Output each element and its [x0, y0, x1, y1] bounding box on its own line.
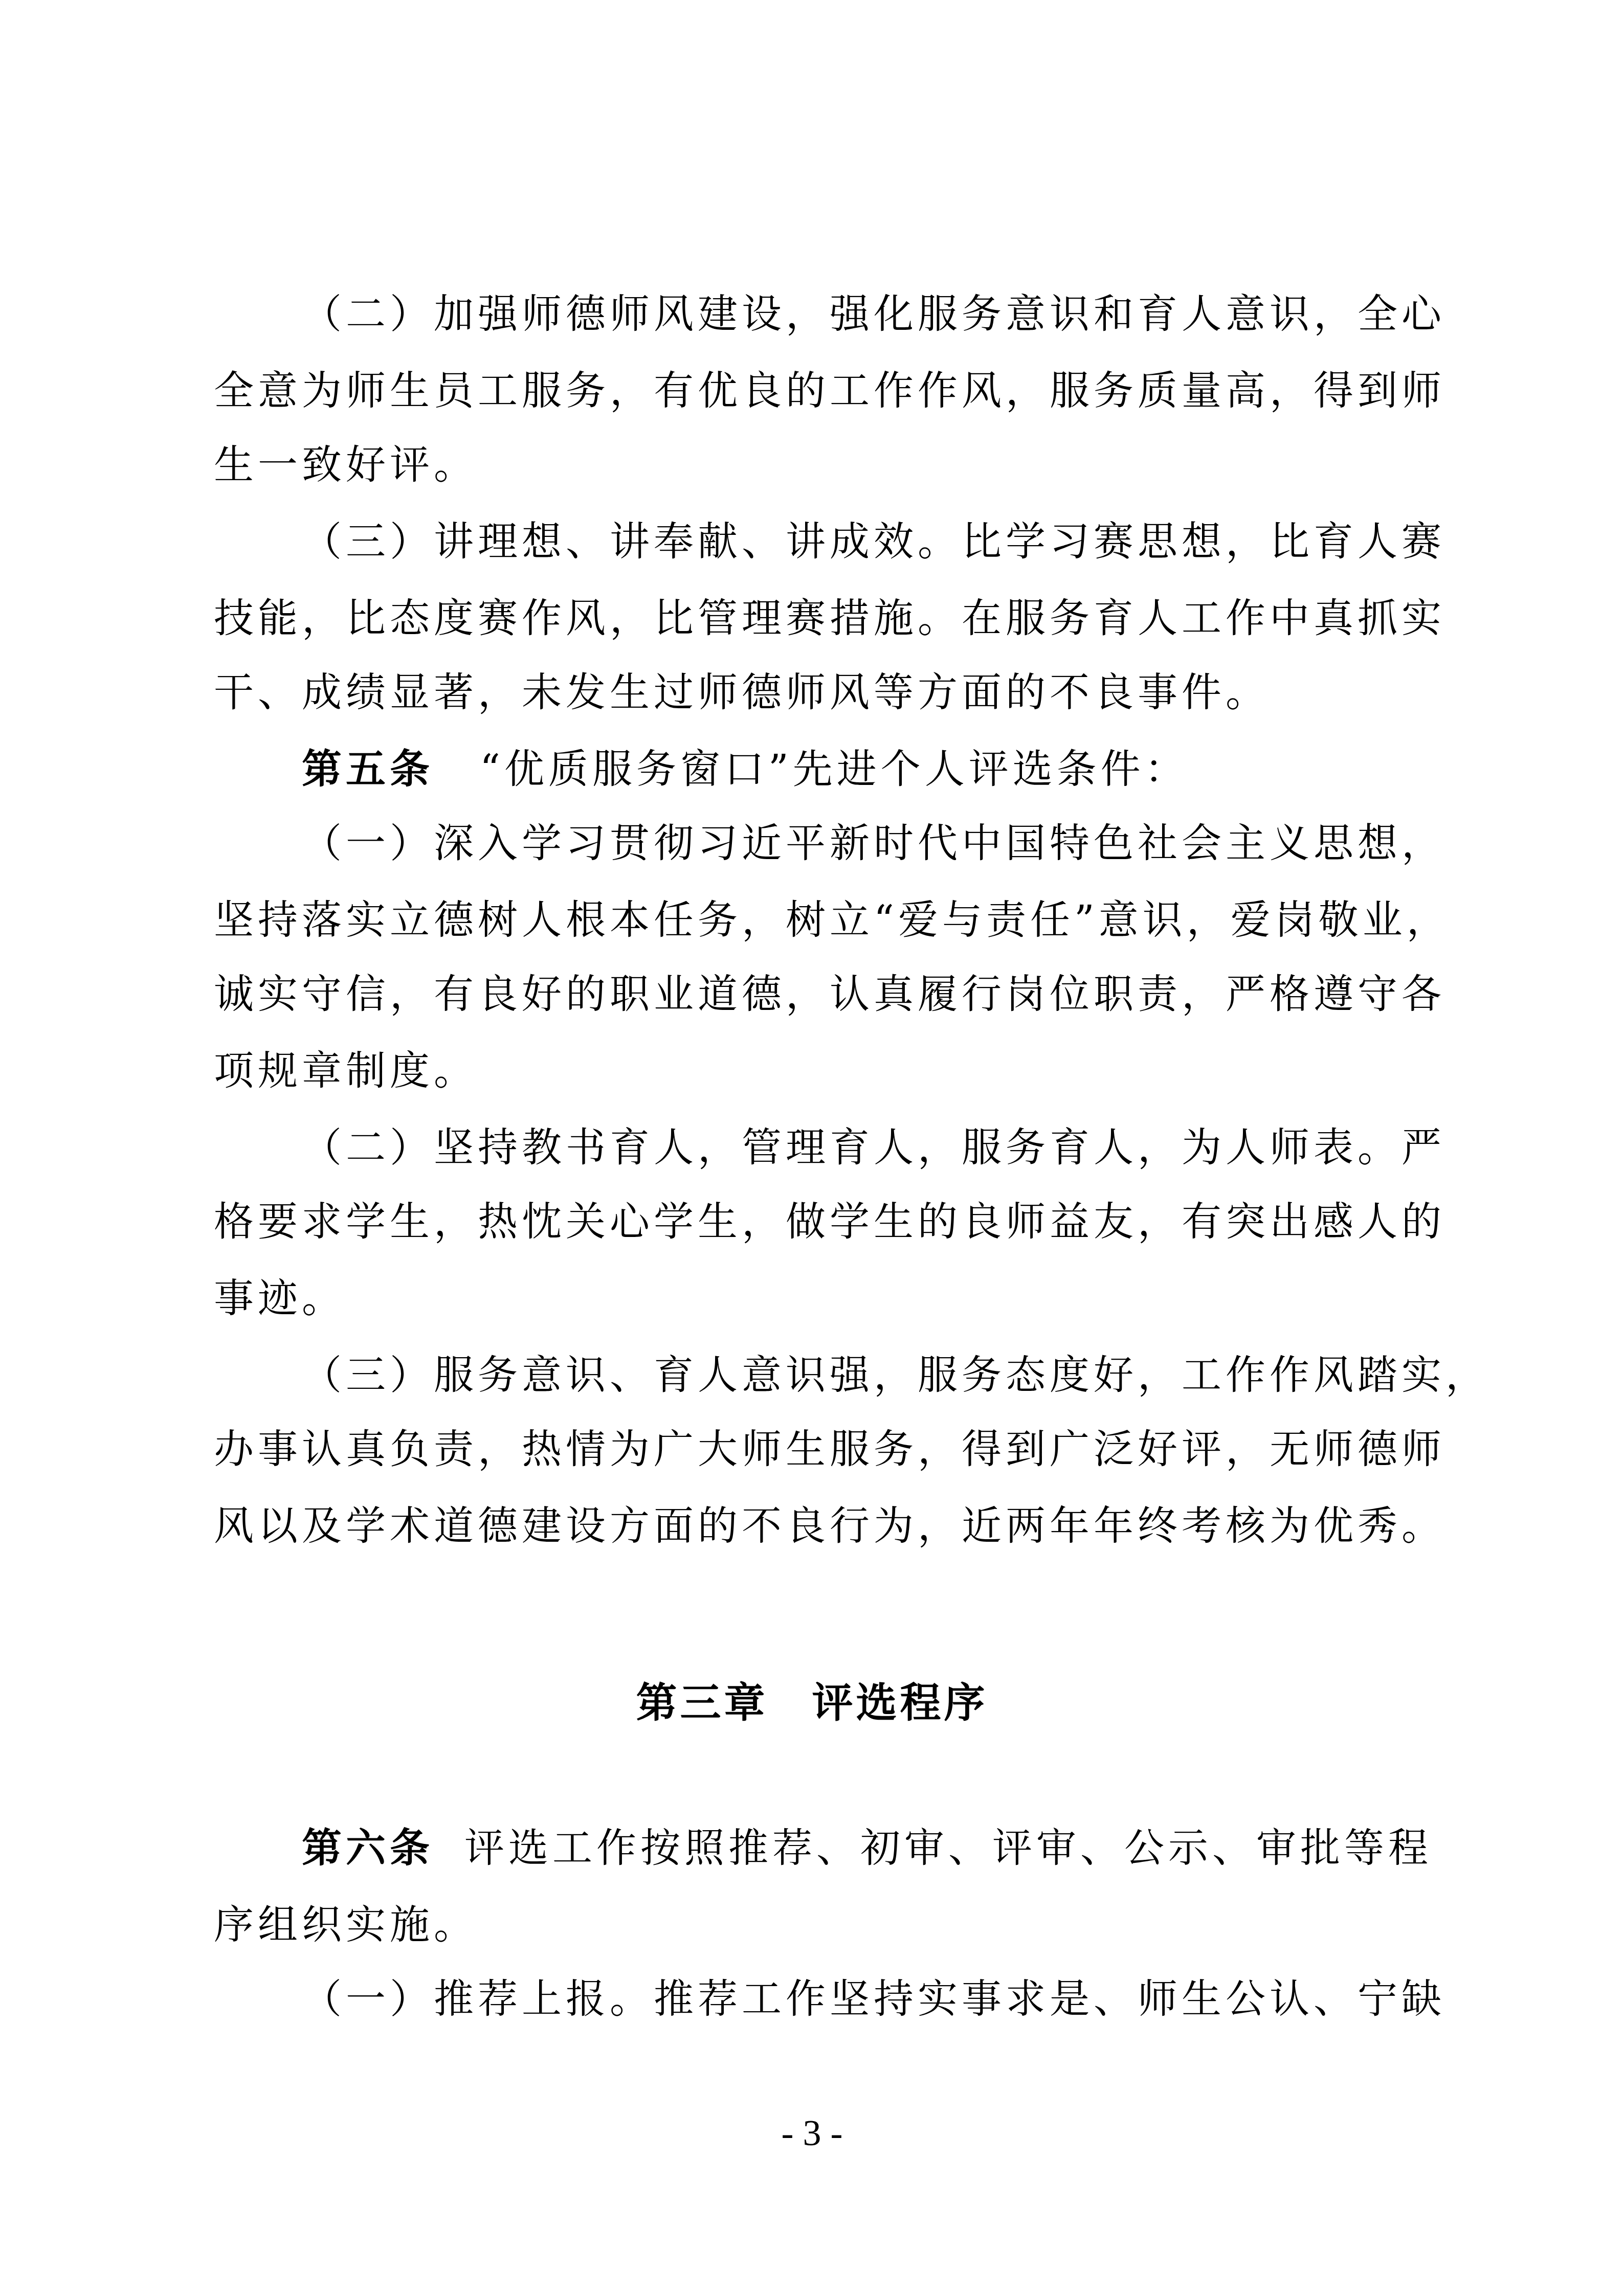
article-6-line: 第六条评选工作按照推荐、初审、评审、公示、审批等程	[302, 1823, 1504, 1874]
text-line: 项规章制度。	[214, 1046, 1416, 1097]
article-label: 第六条	[302, 1826, 434, 1872]
text-line: （一）深入学习贯彻习近平新时代中国特色社会主义思想，	[302, 818, 1504, 869]
text-line: 办事认真负责，热情为广大师生服务，得到广泛好评，无师德师	[214, 1424, 1416, 1475]
text-line: （一）推荐上报。推荐工作坚持实事求是、师生公认、宁缺	[302, 1974, 1504, 2025]
text-line: （三）讲理想、讲奉献、讲成效。比学习赛思想，比育人赛	[302, 516, 1504, 568]
article-text: “优质服务窗口”先进个人评选条件：	[480, 747, 1189, 793]
text-line: （二）坚持教书育人，管理育人，服务育人，为人师表。严	[302, 1122, 1504, 1174]
text-line: 生一致好评。	[214, 440, 1416, 491]
text-line: 事迹。	[214, 1273, 1416, 1324]
text-line: 全意为师生员工服务，有优良的工作作风，服务质量高，得到师	[214, 366, 1416, 417]
text-line: （三）服务意识、育人意识强，服务态度好，工作作风踏实，	[302, 1350, 1504, 1401]
page-number: - 3 -	[0, 2112, 1624, 2154]
text-line: 技能，比态度赛作风，比管理赛措施。在服务育人工作中真抓实	[214, 593, 1416, 644]
article-text: 评选工作按照推荐、初审、评审、公示、审批等程	[464, 1826, 1432, 1872]
text-line: 干、成绩显著，未发生过师德师风等方面的不良事件。	[214, 667, 1416, 718]
text-line: 坚持落实立德树人根本任务，树立“爱与责任”意识，爱岗敬业，	[214, 895, 1416, 946]
article-5-line: 第五条“优质服务窗口”先进个人评选条件：	[302, 744, 1504, 795]
text-line: 风以及学术道德建设方面的不良行为，近两年年终考核为优秀。	[214, 1501, 1416, 1552]
text-line: 序组织实施。	[214, 1900, 1416, 1951]
text-line: 诚实守信，有良好的职业道德，认真履行岗位职责，严格遵守各	[214, 969, 1416, 1020]
document-page: （二）加强师德师风建设，强化服务意识和育人意识，全心 全意为师生员工服务，有优良…	[0, 0, 1624, 2296]
article-label: 第五条	[302, 747, 434, 793]
text-line: （二）加强师德师风建设，强化服务意识和育人意识，全心	[302, 289, 1504, 340]
chapter-heading: 第三章 评选程序	[0, 1677, 1624, 1728]
text-line: 格要求学生，热忱关心学生，做学生的良师益友，有突出感人的	[214, 1197, 1416, 1248]
